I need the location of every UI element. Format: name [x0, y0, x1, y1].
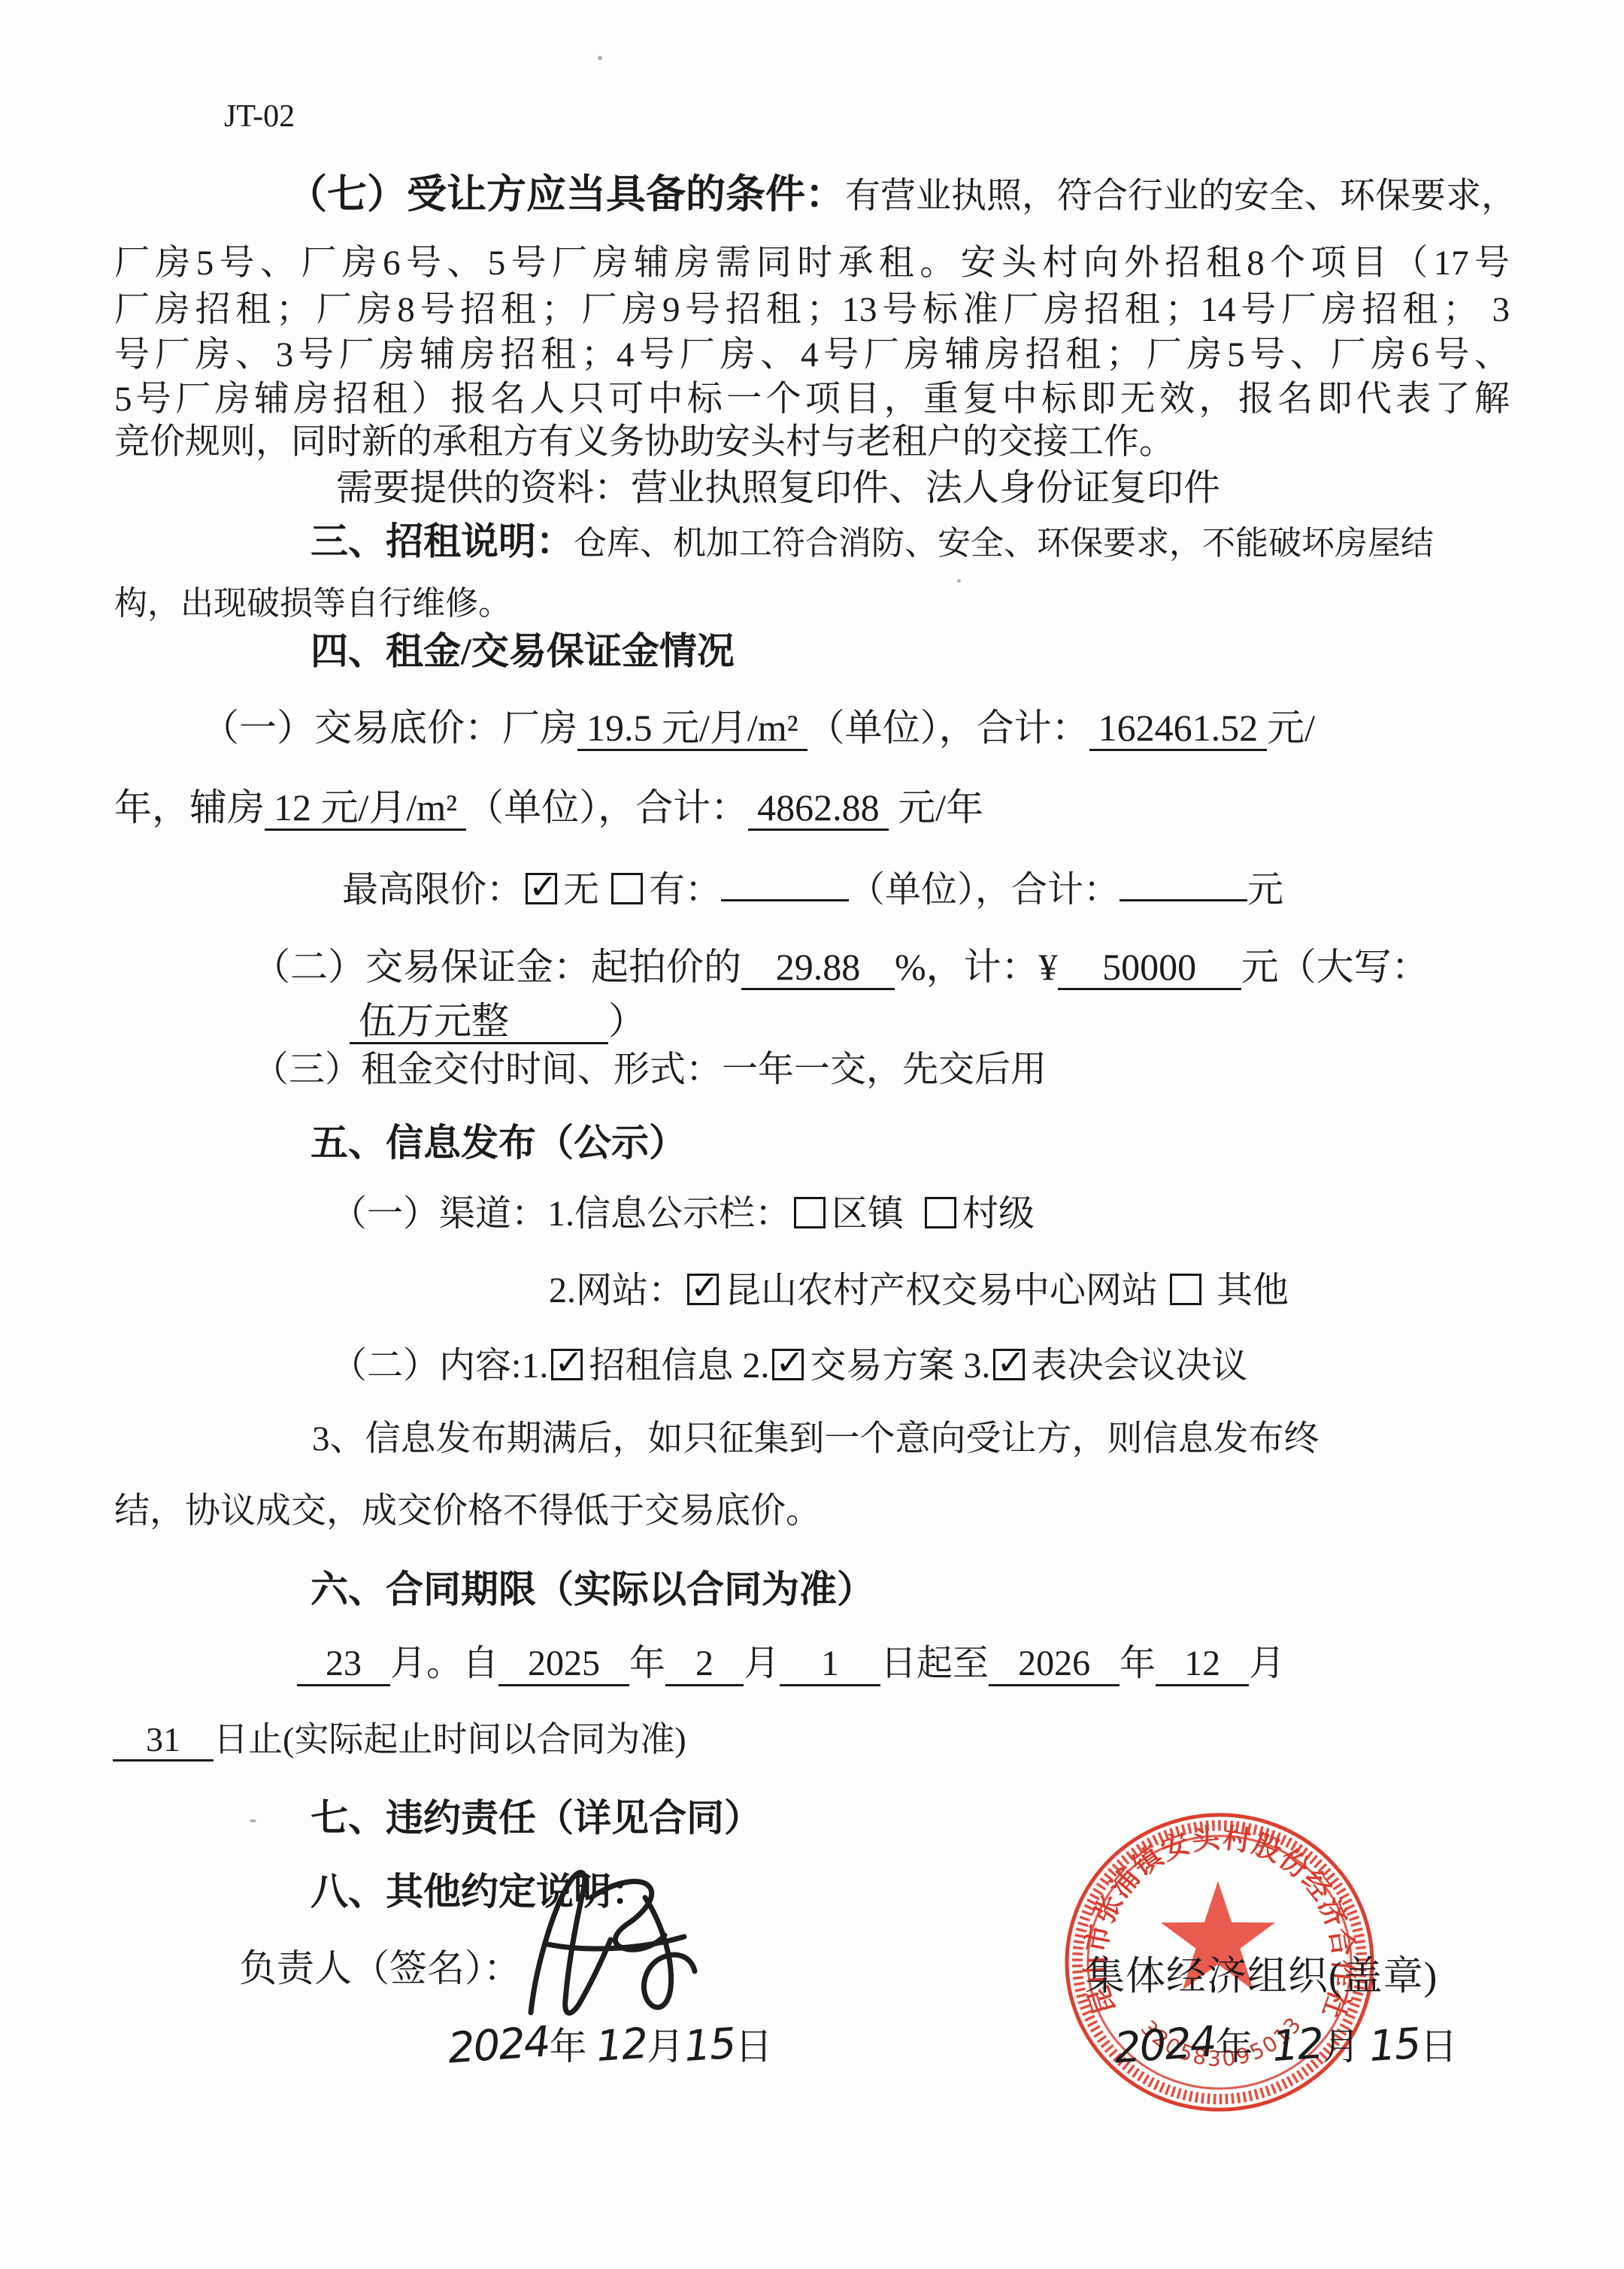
start-year-value: 2025 — [498, 1643, 629, 1686]
base-price-line2: 年，辅房12 元/月/m²（单位），合计：4862.88 元/年 — [114, 786, 983, 831]
content-mid2: 3. — [963, 1346, 990, 1386]
deposit-close: ） — [608, 1000, 646, 1042]
deposit-percent-value: 29.88 — [741, 946, 895, 990]
signer-date-month: 12 — [595, 2021, 648, 2071]
content-line: （二）内容:1.招租信息 2.交易方案 3.表决会议决议 — [331, 1346, 1247, 1386]
signer-date: 2024年 12月15日 — [448, 2022, 773, 2070]
price-cap-line: 最高限价：无 有：（单位），合计：元 — [342, 863, 1283, 910]
deposit-words-line: 伍万元整） — [350, 1000, 646, 1044]
sec3-title: 三、招租说明： — [311, 520, 574, 562]
deposit-amount-value: 50000 — [1058, 946, 1241, 990]
cap-tail: 元 — [1247, 870, 1283, 910]
base-price-tail1: 元/ — [1267, 707, 1315, 749]
org-date-year: 2024 — [1113, 2019, 1217, 2073]
deposit-line: （二）交易保证金：起拍价的29.88%，计：¥50000元（大写： — [253, 946, 1429, 990]
checkbox-website-kunshan[interactable] — [687, 1274, 719, 1305]
signer-date-day: 15 — [683, 2021, 736, 2071]
website-opt1: 昆山农村产权交易中心网站 — [725, 1271, 1158, 1310]
contract-period-line2: 31日止(实际起止时间以合同为准) — [113, 1720, 686, 1762]
content-prefix: （二）内容:1. — [331, 1346, 548, 1386]
sec3-body2: 构，出现破损等自行维修。 — [114, 585, 511, 622]
sec5-title: 五、信息发布（公示） — [311, 1122, 686, 1164]
org-seal-label: 集体经济组织(盖章) — [1085, 1955, 1438, 1999]
deposit-words-value: 伍万元整 — [350, 1000, 608, 1044]
website-prefix: 2.网站： — [549, 1271, 684, 1310]
org-date-day: 15 — [1368, 2021, 1421, 2071]
signer-date-year: 2024 — [447, 2019, 551, 2073]
contract-months-value: 23 — [297, 1643, 390, 1686]
checkbox-cap-none[interactable] — [526, 873, 557, 904]
checkbox-cap-has[interactable] — [611, 873, 643, 904]
base-price-prefix2: 年，辅房 — [114, 786, 265, 829]
sec7-title: （七）受让方应当具备的条件： — [287, 173, 845, 217]
base-price-tail2: 元/年 — [898, 786, 983, 829]
end-day-value: 31 — [113, 1720, 214, 1762]
sec7-line3: 厂房招租；厂房8号招租；厂房9号招租；13号标准厂房招租；14号厂房招租； 3 — [114, 290, 1510, 330]
deposit-mid: %，计：¥ — [895, 946, 1058, 988]
form-code: JT-02 — [224, 99, 295, 135]
checkbox-channel-quzhen[interactable] — [794, 1197, 826, 1228]
content-opt2: 交易方案 — [810, 1346, 954, 1386]
cap-label: 最高限价： — [342, 870, 523, 910]
website-opt2: 其他 — [1216, 1271, 1289, 1310]
handwritten-signature — [502, 1851, 728, 2046]
cap-none-label: 无 — [563, 870, 599, 910]
sec3-body1: 仓库、机加工符合消防、安全、环保要求，不能破坏房屋结 — [574, 525, 1434, 562]
base-price-prefix: （一）交易底价：厂房 — [201, 707, 577, 749]
website-line: 2.网站：昆山农村产权交易中心网站 其他 — [549, 1271, 1289, 1311]
checkbox-content-biaojue[interactable] — [993, 1349, 1025, 1380]
org-month-char: 月 — [1323, 2025, 1360, 2068]
org-date-month: 12 — [1270, 2021, 1323, 2071]
factory-rate-value: 19.5 元/月/m² — [577, 707, 807, 751]
contract-t3: 月 — [744, 1643, 780, 1683]
deposit-prefix: （二）交易保证金：起拍价的 — [253, 946, 741, 988]
org-year-char: 年 — [1216, 2025, 1253, 2068]
scan-speck — [957, 579, 961, 583]
contract-t6: 月 — [1249, 1643, 1285, 1683]
sec5-note2: 结，协议成交，成交价格不得低于交易底价。 — [114, 1492, 821, 1531]
contract-period-line1: 23月。自2025年2月1日起至2026年12月 — [297, 1643, 1285, 1686]
base-price-unit1: （单位），合计： — [807, 707, 1089, 749]
content-opt3: 表决会议决议 — [1031, 1346, 1247, 1386]
sec7-intro: 有营业执照，符合行业的安全、环保要求， — [845, 177, 1516, 216]
deposit-tail: 元（大写： — [1241, 946, 1429, 988]
channel-opt1: 区镇 — [832, 1194, 904, 1234]
contract-t4: 日起至 — [880, 1643, 989, 1683]
payment-line: （三）租金交付时间、形式：一年一交，先交后用 — [253, 1050, 1047, 1090]
sec7-line2: 厂房5号、厂房6号、5号厂房辅房需同时承租。安头村向外招租8个项目（17号 — [114, 244, 1510, 283]
sec7-line4: 号厂房、3号厂房辅房招租；4号厂房、4号厂房辅房招租；厂房5号、厂房6号、 — [114, 335, 1510, 375]
start-day-value: 1 — [780, 1643, 880, 1686]
signer-month-char: 月 — [647, 2025, 684, 2068]
sec7-title-line: （七）受让方应当具备的条件：有营业执照，符合行业的安全、环保要求， — [287, 173, 1516, 217]
scanned-form-page: JT-02 （七）受让方应当具备的条件：有营业执照，符合行业的安全、环保要求， … — [0, 0, 1624, 2269]
checkbox-content-fangan[interactable] — [772, 1349, 804, 1380]
base-price-unit2: （单位），合计： — [466, 786, 748, 829]
factory-total-value: 162461.52 — [1089, 707, 1268, 751]
sec4-title: 四、租金/交易保证金情况 — [311, 630, 735, 672]
signer-year-char: 年 — [550, 2025, 587, 2068]
org-date: 2024年 12月 15日 — [1114, 2022, 1458, 2070]
cap-total-blank — [1120, 863, 1247, 901]
cap-amount-blank — [721, 863, 849, 901]
checkbox-website-other[interactable] — [1170, 1274, 1201, 1305]
channel-opt2: 村级 — [962, 1194, 1035, 1234]
scan-speck — [598, 56, 602, 60]
sec7-line5: 5号厂房辅房招租）报名人只可中标一个项目，重复中标即无效，报名即代表了解 — [114, 380, 1510, 420]
scan-speck — [250, 1819, 256, 1822]
contract-t2: 年 — [629, 1643, 665, 1683]
start-month-value: 2 — [665, 1643, 744, 1686]
contract-t7: 日止(实际起止时间以合同为准) — [214, 1720, 686, 1759]
channel-line: （一）渠道：1.信息公示栏：区镇 村级 — [331, 1194, 1035, 1234]
sec3-line: 三、招租说明：仓库、机加工符合消防、安全、环保要求，不能破坏房屋结 — [311, 520, 1434, 562]
channel-prefix: （一）渠道：1.信息公示栏： — [331, 1194, 791, 1234]
base-price-line1: （一）交易底价：厂房19.5 元/月/m²（单位），合计：162461.52元/ — [201, 707, 1315, 751]
docs-needed-line: 需要提供的资料：营业执照复印件、法人身份证复印件 — [336, 468, 1220, 509]
checkbox-channel-cunji[interactable] — [925, 1197, 956, 1228]
content-mid1: 2. — [742, 1346, 769, 1386]
aux-total-value: 4862.88 — [748, 786, 889, 831]
cap-has-label: 有： — [649, 870, 721, 910]
end-month-value: 12 — [1156, 1643, 1249, 1686]
sec6-title: 六、合同期限（实际以合同为准） — [311, 1568, 874, 1610]
sec7b-title: 七、违约责任（详见合同） — [311, 1797, 762, 1839]
contract-t5: 年 — [1120, 1643, 1156, 1683]
contract-t1: 月。自 — [390, 1643, 498, 1683]
aux-rate-value: 12 元/月/m² — [265, 786, 466, 831]
sec5-note1: 3、信息发布期满后，如只征集到一个意向受让方，则信息发布终 — [312, 1419, 1319, 1459]
sec7-line6: 竞价规则，同时新的承租方有义务协助安头村与老租户的交接工作。 — [114, 423, 1174, 462]
cap-mid: （单位），合计： — [849, 870, 1120, 910]
signer-day-char: 日 — [735, 2025, 773, 2068]
checkbox-content-zhaozu[interactable] — [551, 1349, 583, 1380]
end-year-value: 2026 — [989, 1643, 1120, 1686]
signer-label: 负责人（签名）： — [239, 1947, 521, 1989]
content-opt1: 招租信息 — [589, 1346, 733, 1386]
org-day-char: 日 — [1420, 2025, 1458, 2068]
